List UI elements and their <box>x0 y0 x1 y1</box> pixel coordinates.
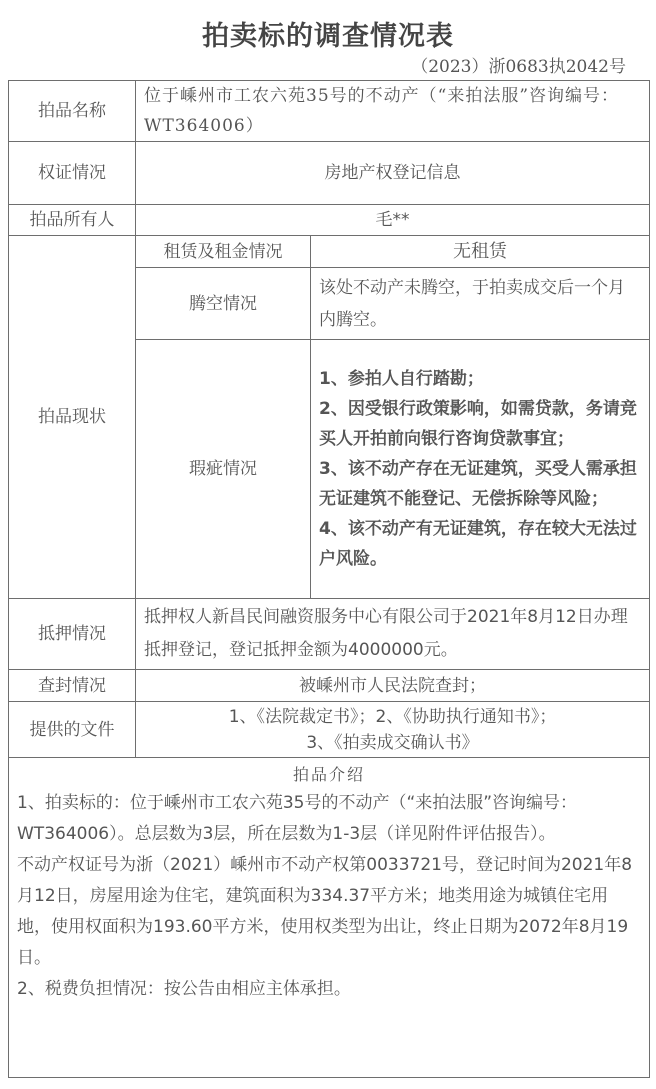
label-lot-name: 拍品名称 <box>9 81 136 142</box>
defect-item: 3、该不动产存在无证建筑，买受人需承担无证建筑不能登记、无偿拆除等风险； <box>319 454 641 514</box>
value-vacancy: 该处不动产未腾空，于拍卖成交后一个月内腾空。 <box>311 268 650 340</box>
label-vacancy: 腾空情况 <box>136 268 311 340</box>
value-lease: 无租赁 <box>311 236 650 268</box>
value-lot-name: 位于嵊州市工农六苑35号的不动产（“来拍法服”咨询编号：WT364006） <box>136 81 650 142</box>
label-title-status: 权证情况 <box>9 142 136 205</box>
intro-paragraph: 2、税费负担情况：按公告由相应主体承担。 <box>17 974 641 1005</box>
documents-line-2: 3、《拍卖成交确认书》 <box>144 730 641 756</box>
row-documents: 提供的文件 1、《法院裁定书》；2、《协助执行通知书》； 3、《拍卖成交确认书》 <box>9 702 650 758</box>
row-lot-name: 拍品名称 位于嵊州市工农六苑35号的不动产（“来拍法服”咨询编号：WT36400… <box>9 81 650 142</box>
label-mortgage: 抵押情况 <box>9 599 136 670</box>
row-intro: 拍品介绍 1、拍卖标的：位于嵊州市工农六苑35号的不动产（“来拍法服”咨询编号：… <box>9 758 650 1078</box>
label-current-status: 拍品现状 <box>9 236 136 599</box>
investigation-table: 拍品名称 位于嵊州市工农六苑35号的不动产（“来拍法服”咨询编号：WT36400… <box>8 80 650 1078</box>
row-seizure: 查封情况 被嵊州市人民法院查封； <box>9 670 650 702</box>
row-mortgage: 抵押情况 抵押权人新昌民间融资服务中心有限公司于2021年8月12日办理抵押登记… <box>9 599 650 670</box>
label-documents: 提供的文件 <box>9 702 136 758</box>
case-number: （2023）浙0683执2042号 <box>411 52 626 77</box>
intro-paragraph: 不动产权证号为浙（2021）嵊州市不动产权第0033721号，登记时间为2021… <box>17 850 641 974</box>
row-lease: 拍品现状 租赁及租金情况 无租赁 <box>9 236 650 268</box>
value-defects: 1、参拍人自行踏勘； 2、因受银行政策影响，如需贷款，务请竞买人开拍前向银行咨询… <box>311 340 650 599</box>
row-title-status: 权证情况 房地产权登记信息 <box>9 142 650 205</box>
documents-line-1: 1、《法院裁定书》；2、《协助执行通知书》； <box>144 704 641 730</box>
value-owner: 毛** <box>136 205 650 236</box>
value-seizure: 被嵊州市人民法院查封； <box>136 670 650 702</box>
intro-paragraph: 1、拍卖标的：位于嵊州市工农六苑35号的不动产（“来拍法服”咨询编号：WT364… <box>17 788 641 850</box>
label-seizure: 查封情况 <box>9 670 136 702</box>
value-title-status: 房地产权登记信息 <box>136 142 650 205</box>
value-documents: 1、《法院裁定书》；2、《协助执行通知书》； 3、《拍卖成交确认书》 <box>136 702 650 758</box>
defect-item: 1、参拍人自行踏勘； <box>319 364 641 394</box>
label-owner: 拍品所有人 <box>9 205 136 236</box>
row-owner: 拍品所有人 毛** <box>9 205 650 236</box>
document-title: 拍卖标的调查情况表 <box>0 14 656 53</box>
defect-item: 2、因受银行政策影响，如需贷款，务请竞买人开拍前向银行咨询贷款事宜； <box>319 394 641 454</box>
intro-section: 拍品介绍 1、拍卖标的：位于嵊州市工农六苑35号的不动产（“来拍法服”咨询编号：… <box>9 758 650 1078</box>
label-lease: 租赁及租金情况 <box>136 236 311 268</box>
label-defects: 瑕疵情况 <box>136 340 311 599</box>
defect-item: 4、该不动产有无证建筑，存在较大无法过户风险。 <box>319 514 641 574</box>
intro-title: 拍品介绍 <box>17 762 641 788</box>
value-mortgage: 抵押权人新昌民间融资服务中心有限公司于2021年8月12日办理抵押登记，登记抵押… <box>136 599 650 670</box>
